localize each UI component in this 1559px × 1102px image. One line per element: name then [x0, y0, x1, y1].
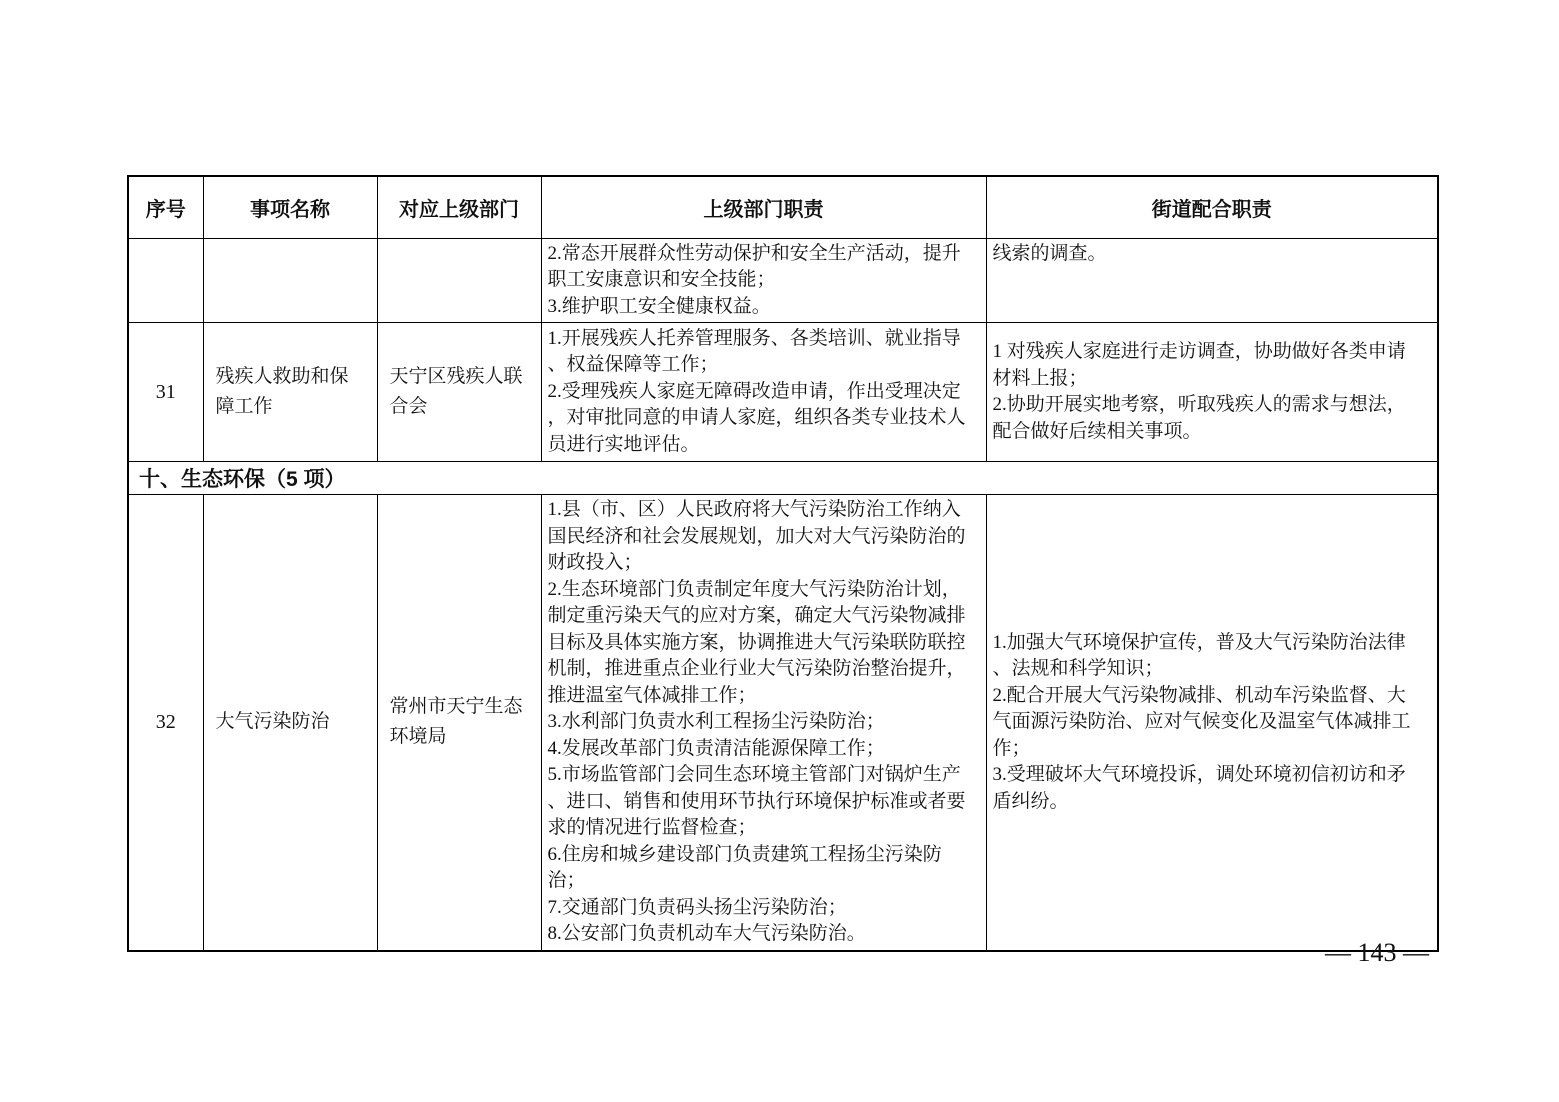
document-page: 序号 事项名称 对应上级部门 上级部门职责 街道配合职责 2.常态开展群众性劳动… [0, 0, 1559, 1102]
section-header-row: 十、生态环保（5 项） [128, 462, 1438, 495]
cell-street-duty: 1 对残疾人家庭进行走访调查，协助做好各类申请 材料上报； 2.协助开展实地考察… [986, 323, 1438, 462]
table-header-row: 序号 事项名称 对应上级部门 上级部门职责 街道配合职责 [128, 176, 1438, 238]
cell-street-duty: 1.加强大气环境保护宣传，普及大气污染防治法律 、法规和科学知识； 2.配合开展… [986, 495, 1438, 951]
section-header-label: 十、生态环保（5 项） [128, 462, 1438, 495]
cell-seq: 32 [128, 495, 203, 951]
cell-item-name [203, 238, 377, 323]
cell-superior-duty: 1.县（市、区）人民政府将大气污染防治工作纳入 国民经济和社会发展规划，加大对大… [541, 495, 986, 951]
col-header-item-name: 事项名称 [203, 176, 377, 238]
cell-street-duty: 线索的调查。 [986, 238, 1438, 323]
col-header-seq: 序号 [128, 176, 203, 238]
cell-seq: 31 [128, 323, 203, 462]
duties-table: 序号 事项名称 对应上级部门 上级部门职责 街道配合职责 2.常态开展群众性劳动… [127, 175, 1439, 952]
table-row-32: 32 大气污染防治 常州市天宁生态环境局 1.县（市、区）人民政府将大气污染防治… [128, 495, 1438, 951]
cell-item-name: 大气污染防治 [203, 495, 377, 951]
cell-superior-duty: 1.开展残疾人托养管理服务、各类培训、就业指导 、权益保障等工作； 2.受理残疾… [541, 323, 986, 462]
cell-item-name: 残疾人救助和保障工作 [203, 323, 377, 462]
table-row-continuation: 2.常态开展群众性劳动保护和安全生产活动，提升 职工安康意识和安全技能； 3.维… [128, 238, 1438, 323]
col-header-street-duty: 街道配合职责 [986, 176, 1438, 238]
cell-superior-dept: 天宁区残疾人联合会 [377, 323, 541, 462]
cell-seq [128, 238, 203, 323]
cell-superior-duty: 2.常态开展群众性劳动保护和安全生产活动，提升 职工安康意识和安全技能； 3.维… [541, 238, 986, 323]
table-row-31: 31 残疾人救助和保障工作 天宁区残疾人联合会 1.开展残疾人托养管理服务、各类… [128, 323, 1438, 462]
col-header-superior-duty: 上级部门职责 [541, 176, 986, 238]
cell-superior-dept: 常州市天宁生态环境局 [377, 495, 541, 951]
page-number: — 143 — [1325, 938, 1429, 968]
cell-superior-dept [377, 238, 541, 323]
col-header-superior-dept: 对应上级部门 [377, 176, 541, 238]
